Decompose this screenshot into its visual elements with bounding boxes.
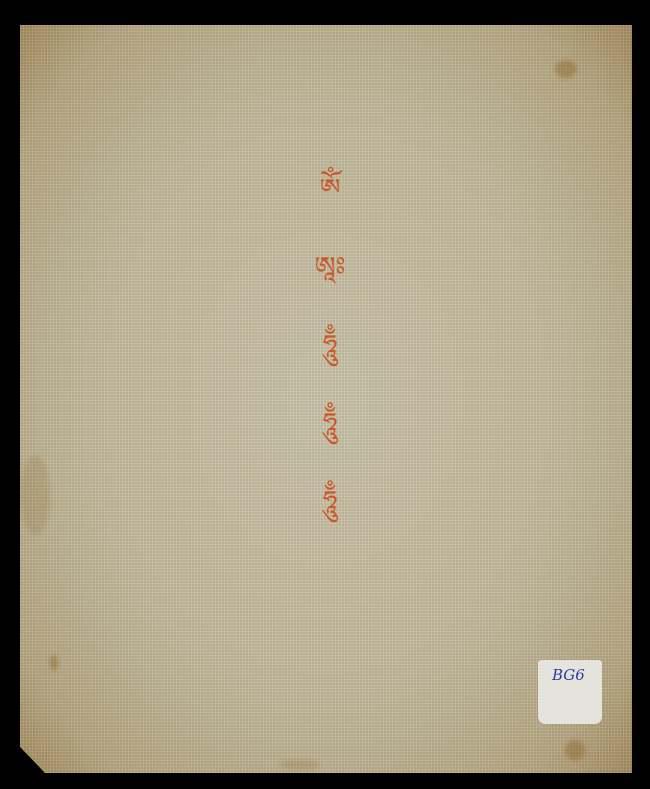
inscription-syllable: ཧཱུྃ bbox=[323, 306, 338, 384]
inscription-syllable: ཨཱཿ bbox=[315, 228, 346, 306]
stain bbox=[565, 740, 585, 760]
stain bbox=[555, 60, 577, 78]
catalog-label: BG6 bbox=[538, 660, 602, 724]
inscription-syllable: ཧཱུྃ bbox=[323, 384, 338, 462]
stain bbox=[50, 655, 58, 671]
catalog-label-text: BG6 bbox=[552, 666, 585, 684]
stain bbox=[280, 760, 320, 770]
inscription-syllable: ༀ bbox=[320, 150, 341, 228]
inscription-syllable: ཧཱུྃ bbox=[323, 462, 338, 540]
stain bbox=[20, 455, 50, 535]
vertical-inscription: ༀ ཨཱཿ ཧཱུྃ ཧཱུྃ ཧཱུྃ bbox=[300, 150, 360, 540]
